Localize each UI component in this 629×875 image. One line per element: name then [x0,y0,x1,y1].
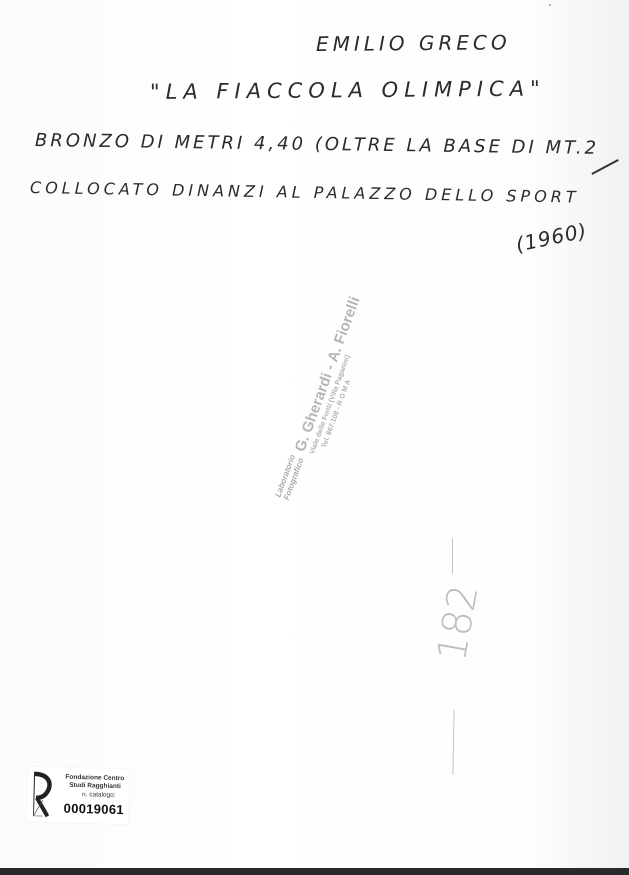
catalog-institution-line2: Studi Ragghianti [69,782,121,790]
dust-speck [549,4,551,6]
catalog-label: Fondazione Centro Studi Ragghianti n. ca… [26,767,129,825]
pencil-stroke [452,538,453,574]
catalog-caption: n. catalogo: [82,791,116,799]
scanner-edge-band [0,868,629,875]
r-monogram-logo-icon [30,770,53,819]
artwork-title: "LA FIACCOLA OLIMPICA" [150,77,546,104]
catalog-number: 00019061 [63,801,124,818]
artist-name: EMILIO GRECO [316,30,511,56]
